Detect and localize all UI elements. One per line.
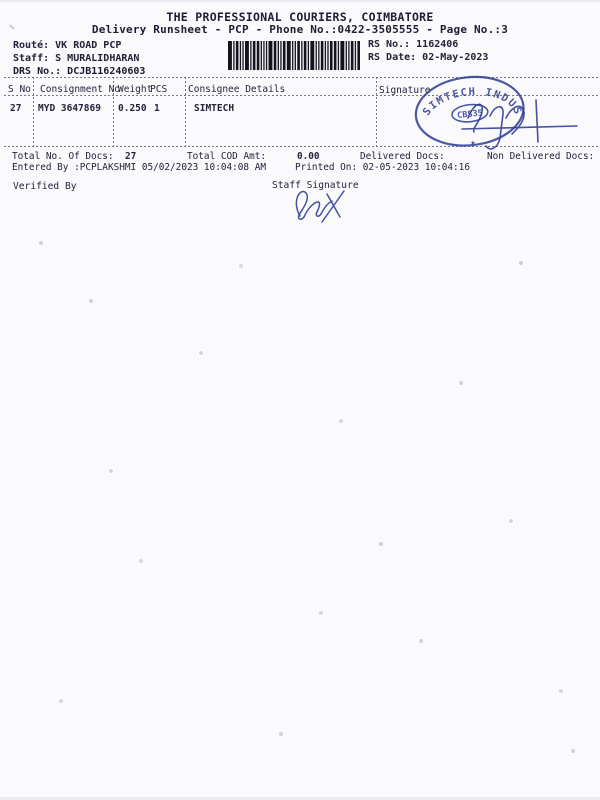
drs-no-field: DRS No.: DCJB116240603	[13, 66, 145, 77]
table-row: 27 MYD 3647869 0.250 1 SIMTECH	[0, 0, 23, 77]
rs-date-field: RS Date: 02-May-2023	[368, 52, 488, 63]
row-pcs: 1	[154, 103, 160, 114]
table-col-rule-1	[33, 77, 34, 146]
col-header-consignment: Consignment No	[40, 84, 120, 95]
total-docs-value: 27	[125, 151, 136, 162]
total-cod-value: 0.00	[297, 151, 320, 162]
total-cod-label: Total COD Amt:	[187, 151, 266, 162]
consignee-signature-ink	[450, 90, 585, 158]
row-consignment-no: MYD 3647869	[38, 103, 101, 114]
company-title: THE PROFESSIONAL COURIERS, COIMBATORE	[0, 10, 600, 24]
row-consignee: SIMTECH	[194, 103, 234, 114]
staff-field: Staff: S MURALIDHARAN	[13, 53, 139, 64]
verified-by-label: Verified By	[13, 181, 77, 192]
rs-no-field: RS No.: 1162406	[368, 39, 458, 50]
total-docs-label: Total No. Of Docs:	[12, 151, 114, 162]
col-header-sno: S No	[8, 84, 31, 95]
entered-by-field: Entered By :PCPLAKSHMI 05/02/2023 10:04:…	[12, 162, 266, 173]
printed-on-field: Printed On: 02-05-2023 10:04:16	[295, 162, 470, 173]
col-header-weight: Weight	[118, 84, 152, 95]
row-weight: 0.250	[118, 103, 147, 114]
staff-signature-ink	[288, 186, 352, 228]
route-field: Routé: VK ROAD PCP	[13, 40, 121, 51]
row-sno: 27	[10, 103, 21, 114]
col-header-pcs: PCS	[150, 84, 167, 95]
delivery-runsheet-document: THE PROFESSIONAL COURIERS, COIMBATORE De…	[0, 0, 600, 800]
runsheet-barcode	[228, 41, 360, 70]
runsheet-subtitle: Delivery Runsheet - PCP - Phone No.:0422…	[0, 23, 600, 36]
col-header-consignee: Consignee Details	[188, 84, 285, 95]
table-col-rule-3	[185, 77, 186, 146]
table-col-rule-4	[376, 77, 377, 146]
